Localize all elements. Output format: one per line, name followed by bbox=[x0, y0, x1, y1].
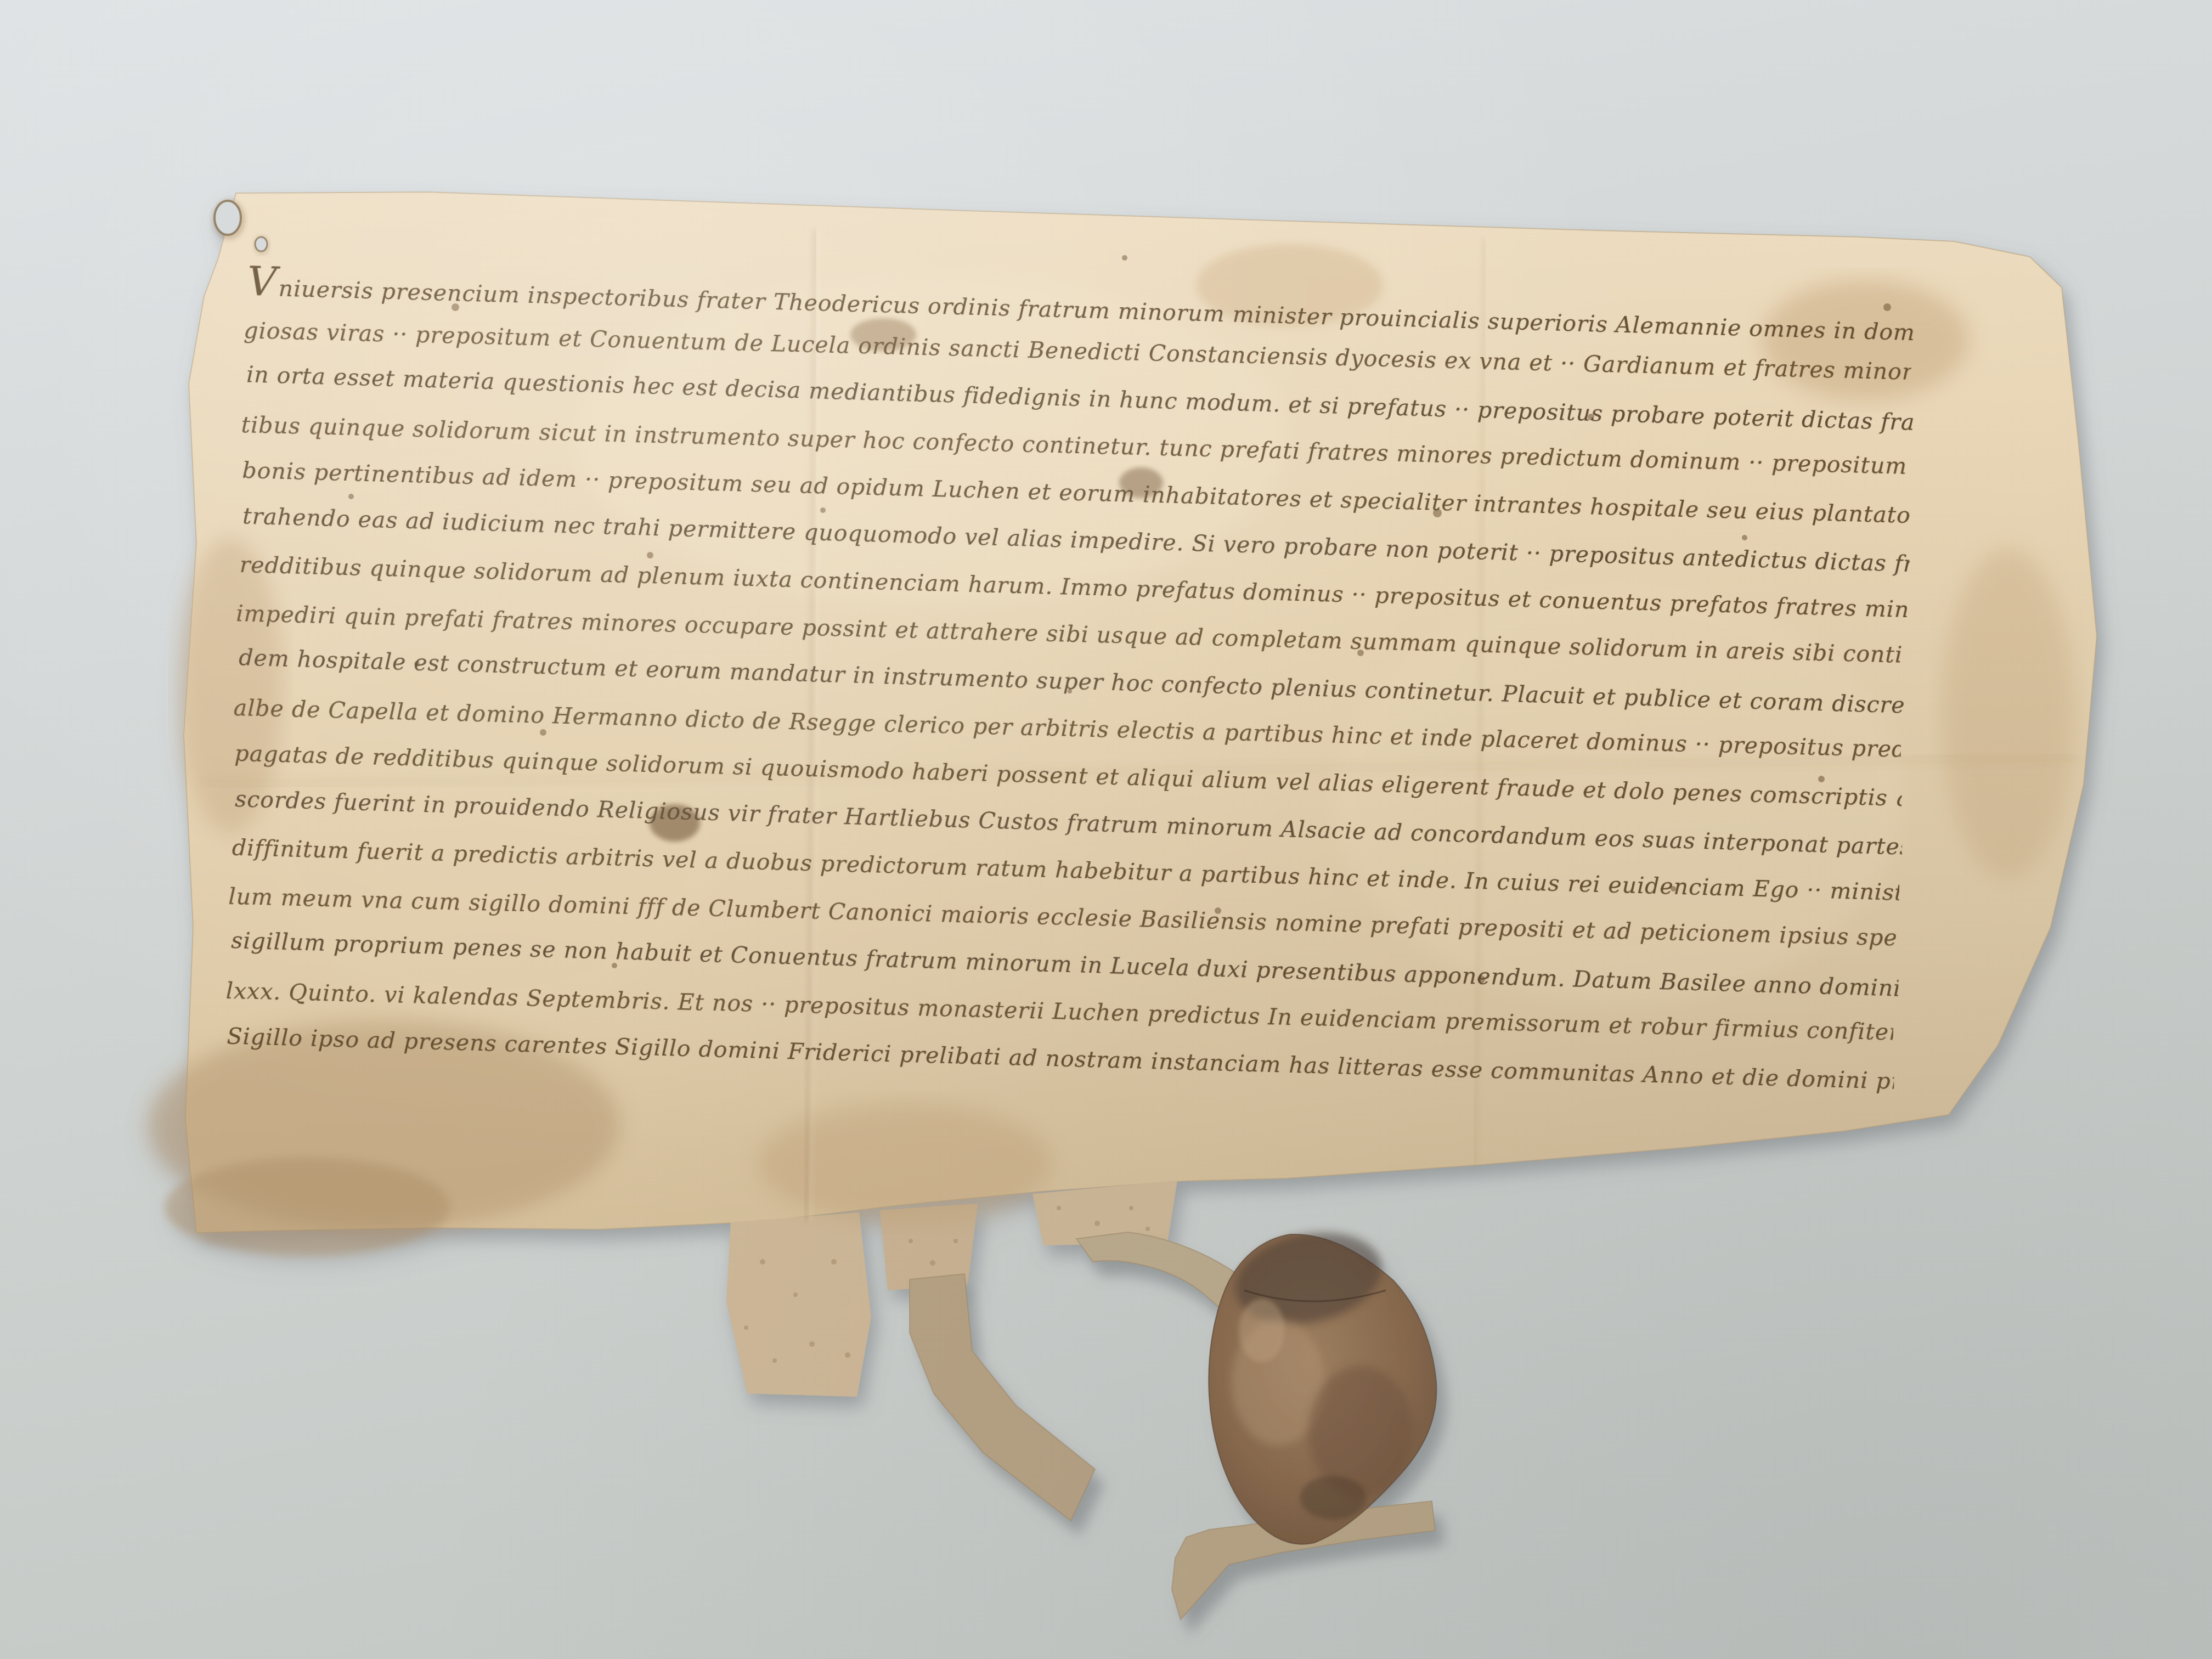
wax-seal bbox=[1209, 1220, 1436, 1544]
seal-tag-ribbon-left bbox=[910, 1274, 1095, 1521]
photo-of-medieval-charter: Vniuersis presencium inspectoribus frate… bbox=[0, 0, 2212, 1659]
seal-assembly bbox=[910, 1220, 1436, 1620]
hole-small bbox=[255, 237, 267, 251]
manuscript-text-block: Vniuersis presencium inspectoribus frate… bbox=[226, 258, 1915, 1105]
hole-large bbox=[215, 201, 241, 235]
